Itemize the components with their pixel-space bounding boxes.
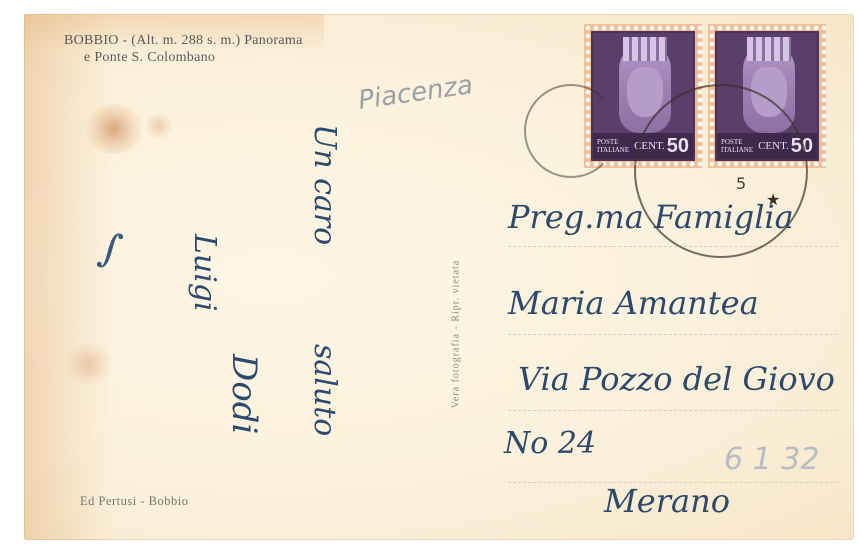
postmark-date: 5 [736,174,746,193]
address-line-2: Maria Amantea [508,284,759,322]
publisher-credit: Ed Pertusi - Bobbio [80,494,188,509]
signature-last: Dodi [224,354,264,434]
stamp-crown-icon [747,37,791,61]
address-line-5: Merano [604,482,730,520]
message-line-1: Un caro [307,124,342,245]
pencil-note: Piacenza [356,70,474,116]
address-line-1: Preg.ma Famiglia [508,198,794,236]
postcard-back: BOBBIO - (Alt. m. 288 s. m.) Panorama e … [24,14,854,540]
caption-line-1: BOBBIO - (Alt. m. 288 s. m.) Panorama [64,32,303,49]
printed-caption: BOBBIO - (Alt. m. 288 s. m.) Panorama e … [64,32,303,66]
message-line-2: saluto [307,344,342,436]
address-guide-line [508,334,838,336]
pencil-date: 6 1 32 [724,442,819,477]
postmark-circle [524,84,618,178]
address-guide-line [508,410,838,412]
stamp-crown-icon [623,37,667,61]
signature-first: Luigi [187,234,222,312]
caption-line-2: e Ponte S. Colombano [64,49,303,66]
foxing-stain [84,104,144,154]
address-line-3: Via Pozzo del Giovo [518,360,835,398]
edge-stain [24,14,114,540]
vertical-credit: Vera fotografia - Ripr. vietata [451,260,462,408]
foxing-stain [144,114,174,138]
address-guide-line [508,246,838,248]
address-line-4: No 24 [504,426,596,461]
foxing-stain [64,344,114,384]
